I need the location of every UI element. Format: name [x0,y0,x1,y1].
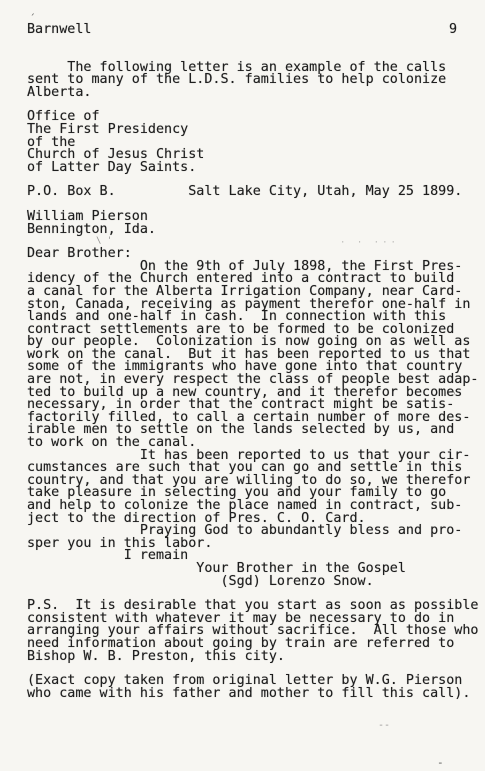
running-head: Barnwell [27,24,92,37]
postscript: P.S. It is desirable that you start as s… [27,600,485,663]
document-page: Barnwell 9 The following letter is an ex… [0,0,485,771]
letter-body: Dear Brother: On the 9th of July 1898, t… [27,248,485,588]
page-header: Barnwell 9 [27,24,485,37]
letterhead: Office of The First Presidency of the Ch… [27,111,485,174]
scan-artifact: -- [378,720,390,731]
date-line: P.O. Box B. Salt Lake City, Utah, May 25… [27,186,485,199]
page-number: 9 [449,24,457,37]
recipient-address: William Pierson Bennington, Ida. [27,211,485,236]
footnote: (Exact copy taken from original letter b… [27,675,485,700]
scan-artifact: \ ' [96,236,112,246]
scan-artifact: - [437,756,444,769]
intro-paragraph: The following letter is an example of th… [27,62,485,100]
scan-artifact: · · ··· [340,238,399,248]
